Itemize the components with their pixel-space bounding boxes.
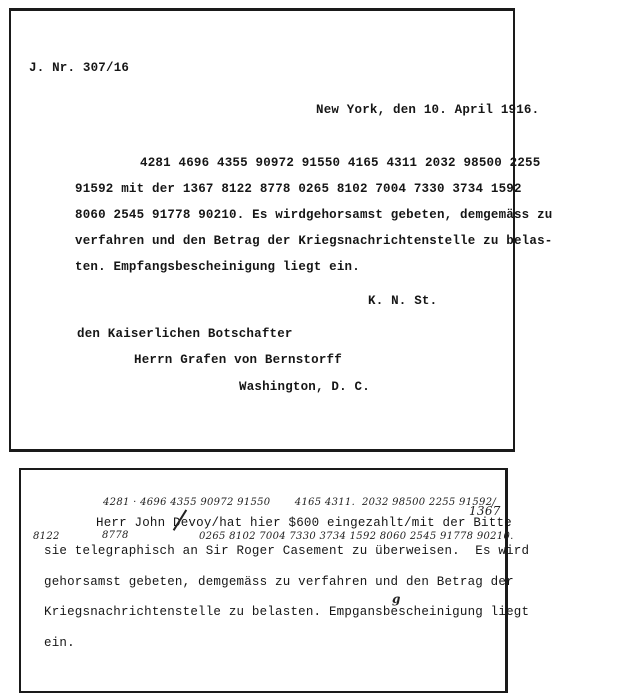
typed-line-3: gehorsamst gebeten, demgemäss zu verfahr… <box>44 575 514 589</box>
handwritten-correction: g <box>392 592 401 606</box>
dateline: New York, den 10. April 1916. <box>316 103 539 117</box>
body-line-4: verfahren und den Betrag der Kriegsnachr… <box>75 234 552 248</box>
body-line-5: ten. Empfangsbescheinigung liegt ein. <box>75 260 360 274</box>
bottom-document-card: 4281 · 4696 4355 90972 91550 4165 4311. … <box>19 468 508 693</box>
typed-line-2: sie telegraphisch an Sir Roger Casement … <box>44 544 529 558</box>
typed-line-4: Kriegsnachrichtenstelle zu belasten. Emp… <box>44 605 529 619</box>
address-line-3: Washington, D. C. <box>239 380 370 394</box>
typed-line-1: Herr John Devoy/hat hier $600 eingezahlt… <box>96 516 512 530</box>
journal-reference: J. Nr. 307/16 <box>29 61 129 75</box>
handwritten-code-3: 0265 8102 7004 7330 3734 1592 8060 2545 … <box>199 531 514 542</box>
body-line-2: 91592 mit der 1367 8122 8778 0265 8102 7… <box>75 182 522 196</box>
handwritten-code-1: 8122 <box>33 531 60 542</box>
handwritten-code-2: 8778 <box>102 530 129 541</box>
handwritten-code-line: 4281 · 4696 4355 90972 91550 4165 4311. … <box>103 497 496 508</box>
address-line-1: den Kaiserlichen Botschafter <box>77 327 293 341</box>
address-line-2: Herrn Grafen von Bernstorff <box>134 353 342 367</box>
typed-line-5: ein. <box>44 636 75 650</box>
top-document-card: J. Nr. 307/16 New York, den 10. April 19… <box>9 8 515 452</box>
body-line-3: 8060 2545 91778 90210. Es wirdgehorsamst… <box>75 208 552 222</box>
signature: K. N. St. <box>368 294 437 308</box>
body-line-1: 4281 4696 4355 90972 91550 4165 4311 203… <box>140 156 540 170</box>
